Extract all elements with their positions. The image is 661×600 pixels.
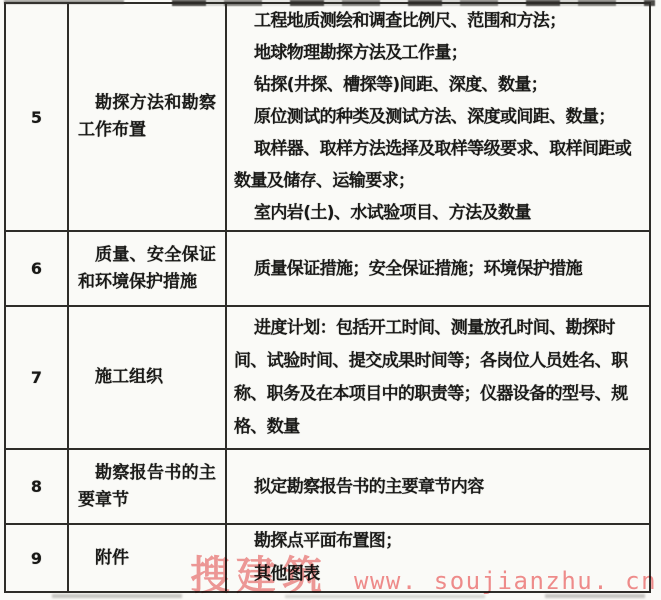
- scan-noise-bottom: [285, 595, 485, 598]
- table-row: 8 勘察报告书的主要章节 拟定勘察报告书的主要章节内容: [6, 448, 649, 523]
- row-category: 施工组织: [67, 307, 225, 448]
- row-number: 5: [6, 4, 67, 230]
- row-category-text: 质量、安全保证和环境保护措施: [78, 242, 216, 296]
- row-category-text: 勘察报告书的主要章节: [78, 460, 216, 514]
- content-item: 原位测试的种类及测试方法、深度或间距、数量；: [234, 101, 645, 133]
- scan-noise-bottom: [52, 594, 182, 598]
- content-item: 取样器、取样方法选择及取样等级要求、取样间距或数量及储存、运输要求；: [234, 133, 645, 197]
- row-number: 9: [6, 525, 67, 591]
- row-number: 8: [6, 450, 67, 523]
- content-item: 室内岩(土)、水试验项目、方法及数量: [234, 197, 645, 229]
- row-content: 拟定勘察报告书的主要章节内容: [225, 450, 649, 523]
- row-category: 质量、安全保证和环境保护措施: [67, 232, 225, 305]
- table-row: 6 质量、安全保证和环境保护措施 质量保证措施；安全保证措施；环境保护措施: [6, 230, 649, 305]
- row-category-text: 附件: [78, 545, 216, 572]
- table-row: 7 施工组织 进度计划：包括开工时间、测量放孔时间、勘探时间、试验时间、提交成果…: [6, 305, 649, 448]
- row-category-text: 勘探方法和勘察工作布置: [78, 90, 216, 144]
- row-number: 7: [6, 307, 67, 448]
- table-row: 5 勘探方法和勘察工作布置 工程地质测绘和调查比例尺、范围和方法； 地球物理勘探…: [6, 4, 649, 230]
- row-category-text: 施工组织: [78, 364, 216, 391]
- table-row: 9 附件 勘探点平面布置图； 其他图表: [6, 523, 649, 591]
- content-item: 钻探(井探、槽探等)间距、深度、数量；: [234, 69, 645, 101]
- row-number: 6: [6, 232, 67, 305]
- content-item: 其他图表: [234, 558, 645, 591]
- content-item: 工程地质测绘和调查比例尺、范围和方法；: [234, 5, 645, 37]
- scan-noise-bottom: [545, 594, 645, 598]
- content-item: 进度计划：包括开工时间、测量放孔时间、勘探时间、试验时间、提交成果时间等；各岗位…: [234, 312, 645, 444]
- row-content: 勘探点平面布置图； 其他图表: [225, 525, 649, 591]
- content-item: 勘探点平面布置图；: [234, 525, 645, 558]
- row-category: 勘察报告书的主要章节: [67, 450, 225, 523]
- row-category: 附件: [67, 525, 225, 591]
- survey-outline-table: 5 勘探方法和勘察工作布置 工程地质测绘和调查比例尺、范围和方法； 地球物理勘探…: [4, 2, 651, 593]
- row-content: 工程地质测绘和调查比例尺、范围和方法； 地球物理勘探方法及工作量； 钻探(井探、…: [225, 4, 649, 230]
- content-item: 地球物理勘探方法及工作量；: [234, 37, 645, 69]
- row-content: 质量保证措施；安全保证措施；环境保护措施: [225, 232, 649, 305]
- row-category: 勘探方法和勘察工作布置: [67, 4, 225, 230]
- scanned-document-page: 5 勘探方法和勘察工作布置 工程地质测绘和调查比例尺、范围和方法； 地球物理勘探…: [0, 0, 661, 600]
- content-item: 质量保证措施；安全保证措施；环境保护措施: [234, 253, 645, 285]
- content-item: 拟定勘察报告书的主要章节内容: [234, 471, 645, 503]
- row-content: 进度计划：包括开工时间、测量放孔时间、勘探时间、试验时间、提交成果时间等；各岗位…: [225, 307, 649, 448]
